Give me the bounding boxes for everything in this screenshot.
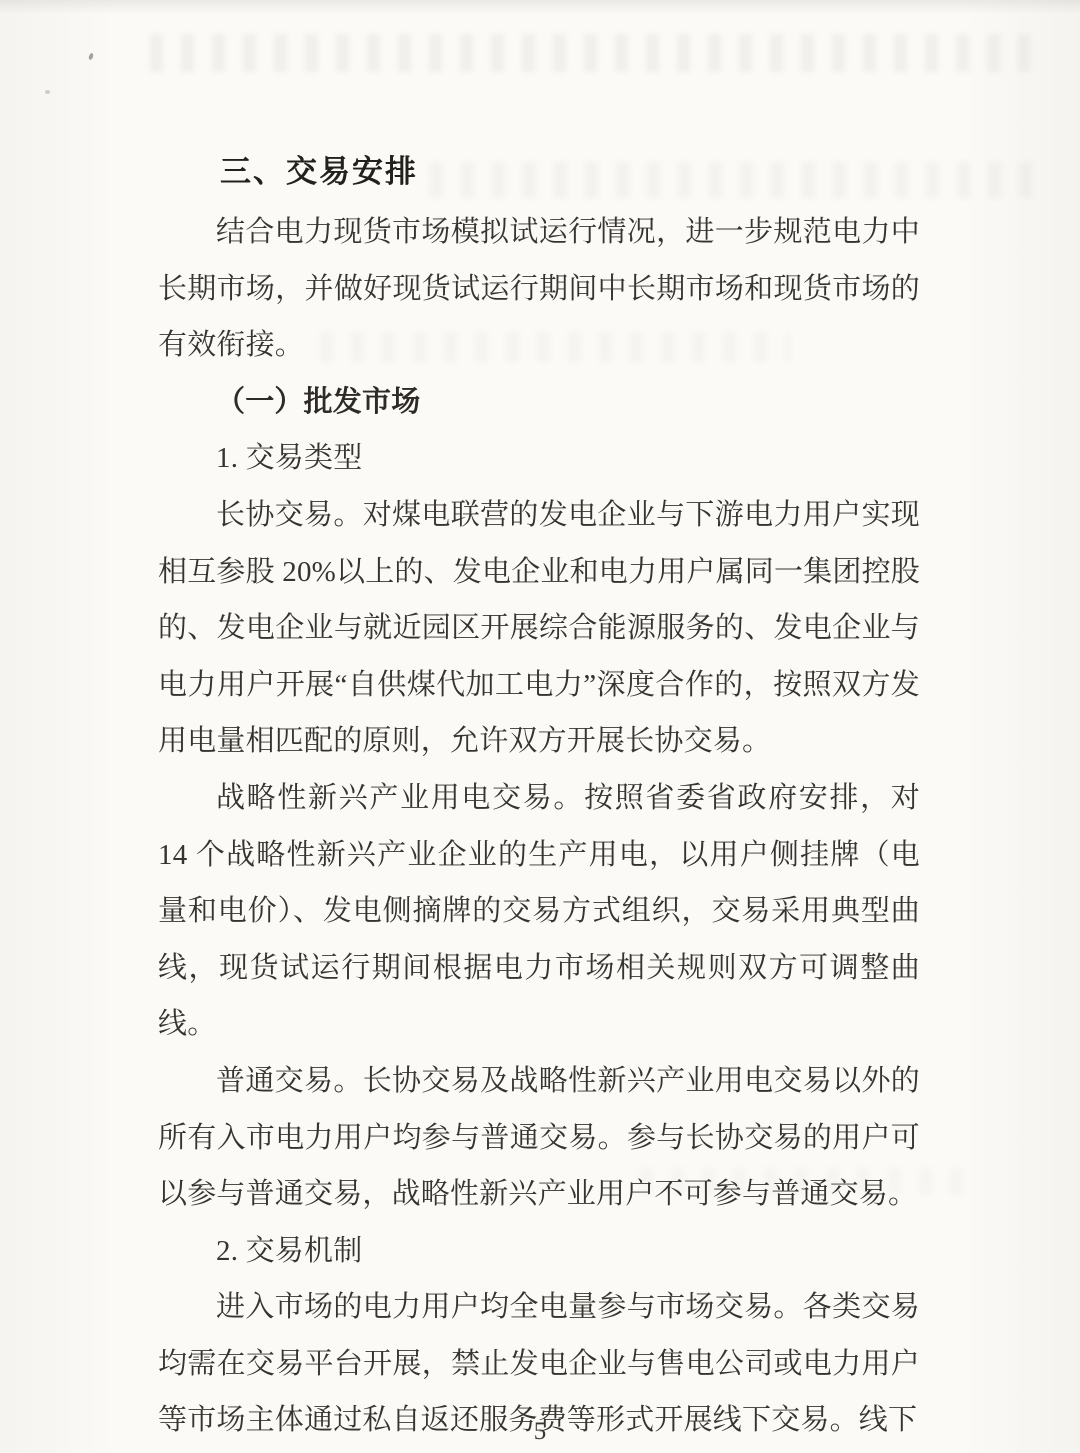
document-body: 三、交易安排 结合电力现货市场模拟试运行情况，进一步规范电力中长期市场，并做好现… [158,150,920,1449]
paragraph-ordinary-trade: 普通交易。长协交易及战略性新兴产业用电交易以外的所有入市电力用户均参与普通交易。… [158,1053,920,1223]
scan-speck [88,53,94,61]
bleed-through-artifact [150,34,1030,72]
item-heading-trade-types: 1. 交易类型 [158,430,920,487]
scanned-document-page: 三、交易安排 结合电力现货市场模拟试运行情况，进一步规范电力中长期市场，并做好现… [0,0,1080,1453]
subsection-heading-wholesale-market: （一）批发市场 [158,374,920,431]
paragraph-intro: 结合电力现货市场模拟试运行情况，进一步规范电力中长期市场，并做好现货试运行期间中… [158,204,920,374]
section-heading: 三、交易安排 [158,150,920,194]
paragraph-long-term-trade: 长协交易。对煤电联营的发电企业与下游电力用户实现相互参股 20%以上的、发电企业… [158,487,920,770]
item-heading-trade-mechanism: 2. 交易机制 [158,1223,920,1280]
page-number: 5 [0,1418,1080,1446]
paragraph-strategic-industry-trade: 战略性新兴产业用电交易。按照省委省政府安排，对 14 个战略性新兴产业企业的生产… [158,770,920,1053]
scan-speck [45,90,50,94]
